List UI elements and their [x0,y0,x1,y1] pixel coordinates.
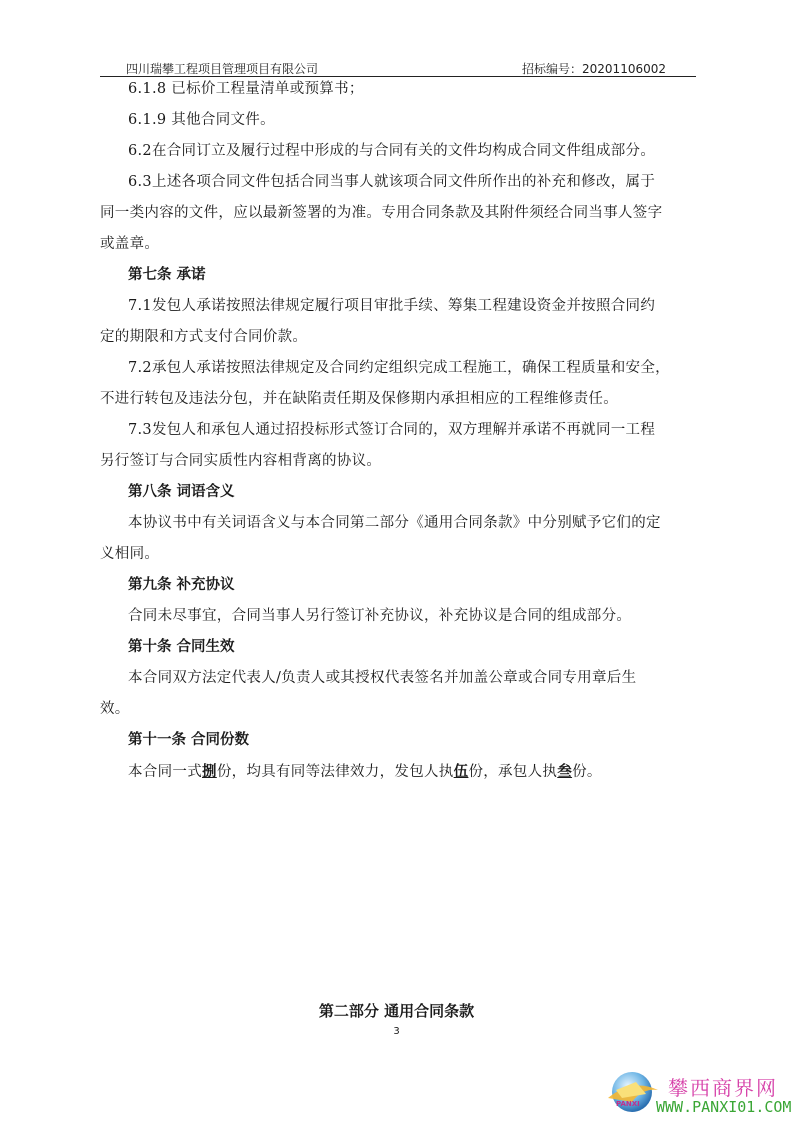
article-8-line1: 本协议书中有关词语含义与本合同第二部分《通用合同条款》中分别赋予它们的定 [100,508,700,539]
total-copies: 捌 [202,763,217,780]
heading-article-7: 第七条 承诺 [100,260,700,291]
part-two-title: 第二部分 通用合同条款 [0,1000,793,1021]
page-number: 3 [0,1026,793,1037]
clause-7-3-line2: 另行签订与合同实质性内容相背离的协议。 [100,446,700,477]
article-8-line2: 义相同。 [100,539,700,570]
clause-7-1-line1: 7.1发包人承诺按照法律规定履行项目审批手续、筹集工程建设资金并按照合同约 [100,291,700,322]
heading-article-11: 第十一条 合同份数 [100,725,700,756]
document-body: 6.1.8 已标价工程量清单或预算书； 6.1.9 其他合同文件。 6.2在合同… [100,74,700,788]
clause-6-3-line2: 同一类内容的文件，应以最新签署的为准。专用合同条款及其附件须经合同当事人签字 [100,198,700,229]
text-segment: 份。 [572,764,602,780]
clause-7-2-line1: 7.2承包人承诺按照法律规定及合同约定组织完成工程施工，确保工程质量和安全， [100,353,700,384]
clause-6-3-line3: 或盖章。 [100,229,700,260]
globe-logo-icon: PANXI [602,1068,662,1116]
site-watermark: PANXI 攀西商界网 WWW.PANXI01.COM [596,1064,793,1120]
heading-article-8: 第八条 词语含义 [100,477,700,508]
watermark-title: 攀西商界网 [668,1072,778,1101]
clause-6-2: 6.2在合同订立及履行过程中形成的与合同有关的文件均构成合同文件组成部分。 [100,136,700,167]
article-10-line2: 效。 [100,694,700,725]
heading-article-10: 第十条 合同生效 [100,632,700,663]
clause-6-1-9: 6.1.9 其他合同文件。 [100,105,700,136]
text-segment: 本合同一式 [128,764,202,780]
clause-7-3-line1: 7.3发包人和承包人通过招投标形式签订合同的，双方理解并承诺不再就同一工程 [100,415,700,446]
text-segment: 份，均具有同等法律效力，发包人执 [217,764,454,780]
text-segment: 份，承包人执 [468,764,557,780]
clause-7-2-line2: 不进行转包及违法分包，并在缺陷责任期及保修期内承担相应的工程维修责任。 [100,384,700,415]
clause-6-1-8: 6.1.8 已标价工程量清单或预算书； [100,74,700,105]
watermark-url: WWW.PANXI01.COM [656,1098,791,1116]
clause-7-1-line2: 定的期限和方式支付合同价款。 [100,322,700,353]
svg-text:PANXI: PANXI [616,1100,640,1108]
contractor-copies: 叁 [557,763,572,780]
article-9-text: 合同未尽事宜，合同当事人另行签订补充协议，补充协议是合同的组成部分。 [100,601,700,632]
employer-copies: 伍 [454,763,469,780]
article-10-line1: 本合同双方法定代表人/负责人或其授权代表签名并加盖公章或合同专用章后生 [100,663,700,694]
article-11-text: 本合同一式捌份，均具有同等法律效力，发包人执伍份，承包人执叁份。 [100,756,700,788]
heading-article-9: 第九条 补充协议 [100,570,700,601]
clause-6-3-line1: 6.3上述各项合同文件包括合同当事人就该项合同文件所作出的补充和修改，属于 [100,167,700,198]
